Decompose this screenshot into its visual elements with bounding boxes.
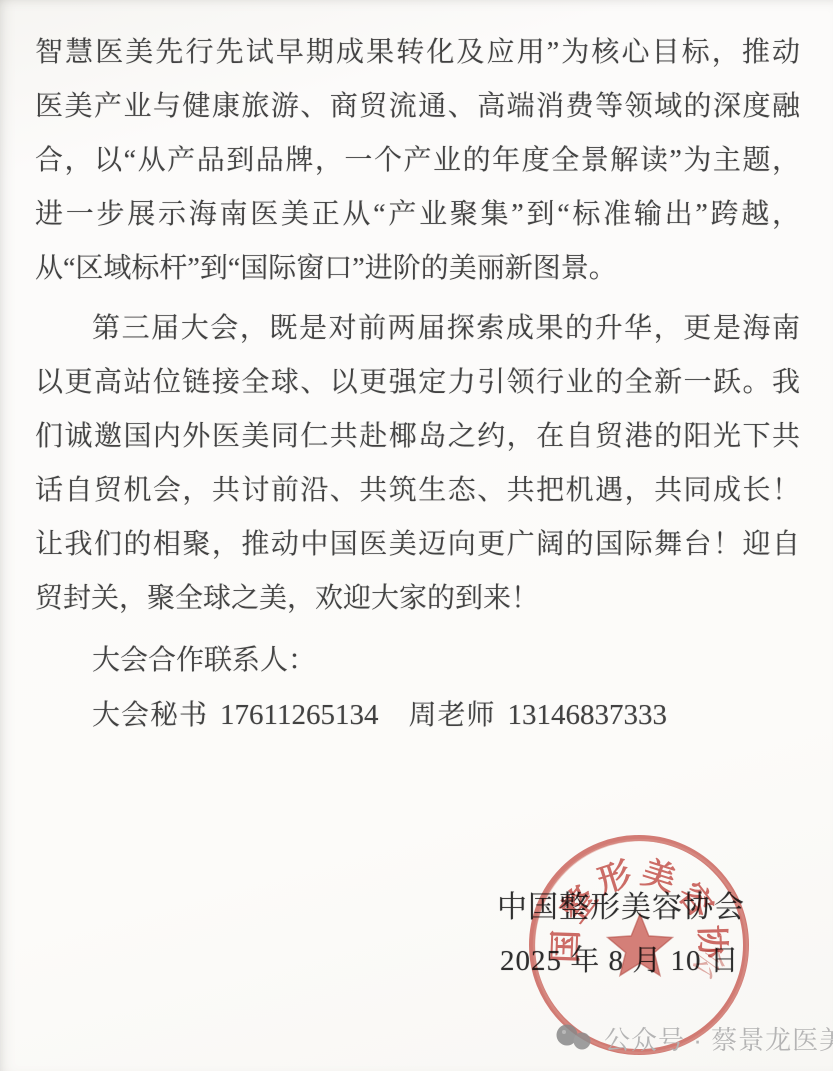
- text-line: 们诚邀国内外医美同仁共赴椰岛之约，在自贸港的阳光下共: [35, 410, 800, 464]
- teacher-phone: 13146837333: [507, 699, 667, 731]
- contact-phone-line: 大会秘书17611265134周老师13146837333: [35, 688, 800, 743]
- text-line: 贸封关，聚全球之美，欢迎大家的到来！: [35, 572, 800, 626]
- contact-heading: 大会合作联系人：: [35, 634, 800, 688]
- text-line: 智慧医美先行先试早期成果转化及应用”为核心目标，推动: [35, 26, 800, 80]
- watermark-text: 公众号 · 蔡景龙医美: [604, 1020, 833, 1057]
- text-line: 从“区域标杆”到“国际窗口”进阶的美丽新图景。: [35, 242, 800, 296]
- letter-body: 智慧医美先行先试早期成果转化及应用”为核心目标，推动 医美产业与健康旅游、商贸流…: [35, 26, 800, 743]
- paragraph-2: 第三届大会，既是对前两届探索成果的升华，更是海南 以更高站位链接全球、以更强定力…: [35, 302, 800, 626]
- contact-section: 大会合作联系人： 大会秘书17611265134周老师13146837333: [35, 634, 800, 743]
- scanned-letter-page: 智慧医美先行先试早期成果转化及应用”为核心目标，推动 医美产业与健康旅游、商贸流…: [0, 0, 833, 1071]
- text-line: 医美产业与健康旅游、商贸流通、高端消费等领域的深度融: [35, 80, 800, 134]
- text-line: 以更高站位链接全球、以更强定力引领行业的全新一跃。我: [35, 356, 800, 410]
- wechat-blob-icon: [554, 1024, 596, 1052]
- paragraph-1: 智慧医美先行先试早期成果转化及应用”为核心目标，推动 医美产业与健康旅游、商贸流…: [35, 26, 800, 296]
- text-line: 让我们的相聚，推动中国医美迈向更广阔的国际舞台！迎自: [35, 518, 800, 572]
- text-line: 第三届大会，既是对前两届探索成果的升华，更是海南: [35, 302, 800, 356]
- text-line: 合，以“从产品到品牌，一个产业的年度全景解读”为主题，: [35, 134, 800, 188]
- secretary-label: 大会秘书: [92, 700, 208, 731]
- text-line: 进一步展示海南医美正从“产业聚集”到“标准输出”跨越，: [35, 188, 800, 242]
- watermark: 公众号 · 蔡景龙医美: [554, 1018, 833, 1058]
- secretary-phone: 17611265134: [220, 699, 378, 731]
- teacher-label: 周老师: [408, 700, 495, 731]
- text-line: 话自贸机会，共讨前沿、共筑生态、共把机遇，共同成长！: [35, 464, 800, 518]
